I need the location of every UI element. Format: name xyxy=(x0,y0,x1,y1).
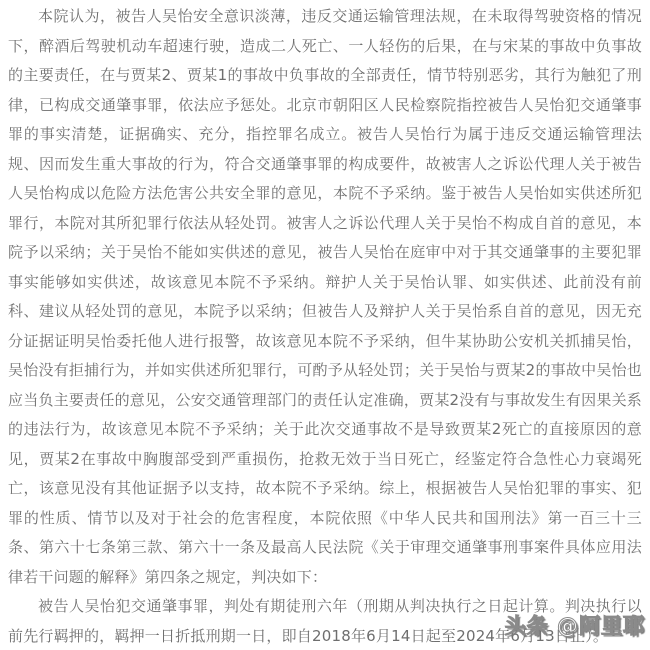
judgment-paragraph-court-opinion: 本院认为，被告人吴怡安全意识淡薄，违反交通运输管理法规，在未取得驾驶资格的情况下… xyxy=(8,2,642,592)
toutiao-author-watermark: 头条 @阿里耶 xyxy=(505,610,645,640)
judgment-document-page: 本院认为，被告人吴怡安全意识淡薄，违反交通运输管理法规，在未取得驾驶资格的情况下… xyxy=(0,0,650,650)
judgment-text-body: 本院认为，被告人吴怡安全意识淡薄，违反交通运输管理法规，在未取得驾驶资格的情况下… xyxy=(8,2,642,650)
